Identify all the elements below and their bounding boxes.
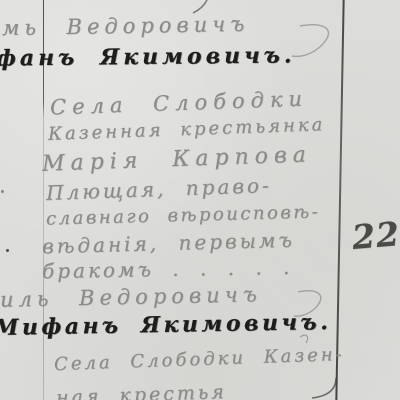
handwritten-line: Мифанъ Якимовичъ. (0, 311, 332, 339)
handwritten-line: Села Слободки (50, 89, 309, 119)
column-rule-right (335, 0, 344, 400)
handwritten-line: Казенная крестьянка (48, 116, 326, 144)
handwritten-line: вѣданія, первымъ (42, 230, 295, 257)
handwritten-line: Марія Карпова (42, 144, 312, 175)
handwritten-line: фанъ Якимовичъ. (0, 44, 296, 69)
handwritten-line: Плющая, право- (46, 175, 272, 203)
handwritten-line: ная крестья (56, 383, 227, 400)
handwritten-line: славнаго вѣроисповѣ- (46, 203, 321, 228)
scanned-register-page: мь Ведоровичъ фанъ Якимовичъ. Села Слобо… (0, 0, 400, 400)
handwritten-line: бракомъ . . . . . (42, 257, 293, 281)
handwritten-line: иль Ведоровичъ (0, 284, 262, 310)
handwritten-line: Села Слободки Казен- (54, 346, 345, 374)
ink-speck (6, 249, 9, 252)
handwritten-line: мь Ведоровичъ (2, 14, 250, 39)
ink-speck (1, 190, 4, 193)
entry-number: 22 (351, 217, 400, 254)
